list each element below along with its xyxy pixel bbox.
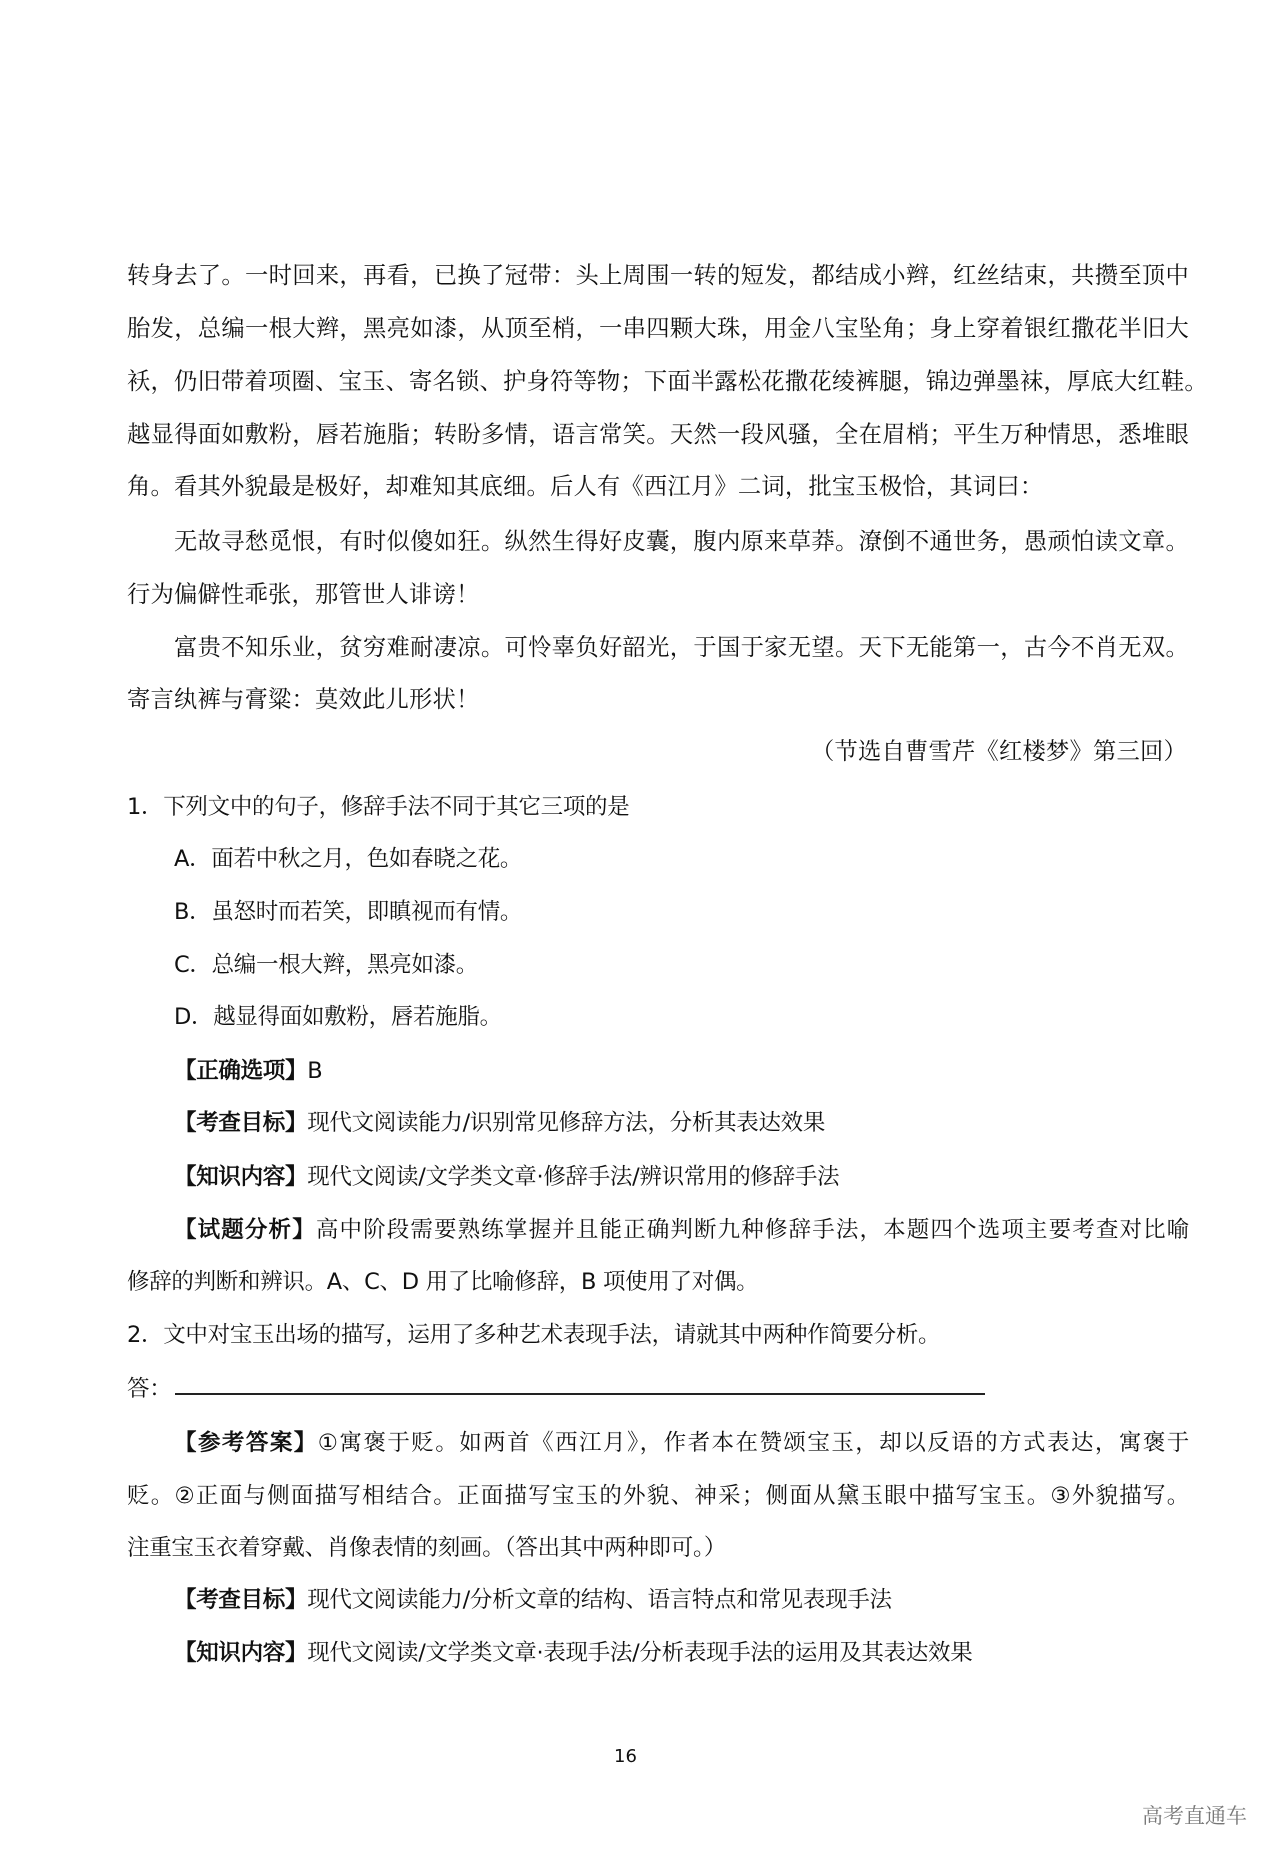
poem-line: 寄言纨裤与膏粱：莫效此儿形状！: [127, 682, 1189, 718]
correct-option: 【正确选项】B: [174, 1053, 1236, 1089]
exam-target-2: 【考查目标】现代文阅读能力/分析文章的结构、语言特点和常见表现手法: [174, 1582, 1236, 1618]
reference-answer-line-2: 贬。②正面与侧面描写相结合。正面描写宝玉的外貌、神采；侧面从黛玉眼中描写宝玉。③…: [127, 1478, 1189, 1514]
question-2-stem: 2．文中对宝玉出场的描写，运用了多种艺术表现手法，请就其中两种作简要分析。: [127, 1317, 1189, 1353]
passage-line: 胎发，总编一根大辫，黑亮如漆，从顶至梢，一串四颗大珠，用金八宝坠角；身上穿着银红…: [127, 311, 1189, 347]
correct-option-label: 【正确选项】: [174, 1058, 307, 1084]
knowledge-content-value: 现代文阅读/文学类文章·表现手法/分析表现手法的运用及其表达效果: [307, 1640, 972, 1666]
passage-line: 袄，仍旧带着项圈、宝玉、寄名锁、护身符等物；下面半露松花撒花绫裤腿，锦边弹墨袜，…: [127, 364, 1189, 400]
answer-line[interactable]: [175, 1393, 985, 1395]
knowledge-content-label: 【知识内容】: [174, 1164, 307, 1190]
analysis: 【试题分析】高中阶段需要熟练掌握并且能正确判断九种修辞手法，本题四个选项主要考查…: [174, 1212, 1189, 1248]
knowledge-content-label: 【知识内容】: [174, 1640, 307, 1666]
option-b: B．虽怒时而若笑，即瞋视而有情。: [174, 894, 1236, 930]
poem-line: 富贵不知乐业，贫穷难耐凄凉。可怜辜负好韶光，于国于家无望。天下无能第一，古今不肖…: [174, 630, 1189, 666]
page-number: 16: [614, 1746, 637, 1767]
passage-line: 角。看其外貌最是极好，却难知其底细。后人有《西江月》二词，批宝玉极恰，其词曰：: [127, 469, 1189, 505]
citation: （节选自曹雪芹《红楼梦》第三回）: [811, 734, 1187, 770]
reference-answer-label: 【参考答案】: [174, 1430, 318, 1456]
poem-line: 行为偏僻性乖张，那管世人诽谤！: [127, 577, 1189, 613]
option-a: A．面若中秋之月，色如春晓之花。: [174, 841, 1236, 877]
question-1-stem: 1．下列文中的句子，修辞手法不同于其它三项的是: [127, 789, 1189, 825]
correct-option-value: B: [307, 1058, 322, 1084]
reference-answer-line-3: 注重宝玉衣着穿戴、肖像表情的刻画。（答出其中两种即可。）: [127, 1530, 1189, 1566]
analysis-label: 【试题分析】: [174, 1217, 316, 1243]
reference-answer: 【参考答案】①寓褒于贬。如两首《西江月》，作者本在赞颂宝玉，却以反语的方式表达，…: [174, 1425, 1189, 1461]
watermark: 高考直通车: [1142, 1800, 1247, 1830]
option-c: C．总编一根大辫，黑亮如漆。: [174, 947, 1236, 983]
exam-target-value: 现代文阅读能力/识别常见修辞方法，分析其表达效果: [307, 1110, 825, 1136]
exam-target: 【考查目标】现代文阅读能力/识别常见修辞方法，分析其表达效果: [174, 1105, 1236, 1141]
knowledge-content-value: 现代文阅读/文学类文章·修辞手法/辨识常用的修辞手法: [307, 1164, 839, 1190]
exam-target-label: 【考查目标】: [174, 1587, 307, 1613]
answer-prompt: 答：: [127, 1371, 1189, 1407]
knowledge-content: 【知识内容】现代文阅读/文学类文章·修辞手法/辨识常用的修辞手法: [174, 1159, 1236, 1195]
option-d: D．越显得面如敷粉，唇若施脂。: [174, 999, 1236, 1035]
exam-target-value: 现代文阅读能力/分析文章的结构、语言特点和常见表现手法: [307, 1587, 891, 1613]
analysis-line-2: 修辞的判断和辨识。A、C、D 用了比喻修辞，B 项使用了对偶。: [127, 1264, 1189, 1300]
passage-line: 转身去了。一时回来，再看，已换了冠带：头上周围一转的短发，都结成小辫，红丝结束，…: [127, 258, 1189, 294]
passage-line: 越显得面如敷粉，唇若施脂；转盼多情，语言常笑。天然一段风骚，全在眉梢；平生万种情…: [127, 417, 1189, 453]
poem-line: 无故寻愁觅恨，有时似傻如狂。纵然生得好皮囊，腹内原来草莽。潦倒不通世务，愚顽怕读…: [174, 524, 1189, 560]
analysis-line-1: 高中阶段需要熟练掌握并且能正确判断九种修辞手法，本题四个选项主要考查对比喻: [316, 1217, 1189, 1243]
reference-answer-line-1: ①寓褒于贬。如两首《西江月》，作者本在赞颂宝玉，却以反语的方式表达，寓褒于: [318, 1430, 1189, 1456]
exam-target-label: 【考查目标】: [174, 1110, 307, 1136]
knowledge-content-2: 【知识内容】现代文阅读/文学类文章·表现手法/分析表现手法的运用及其表达效果: [174, 1635, 1236, 1671]
